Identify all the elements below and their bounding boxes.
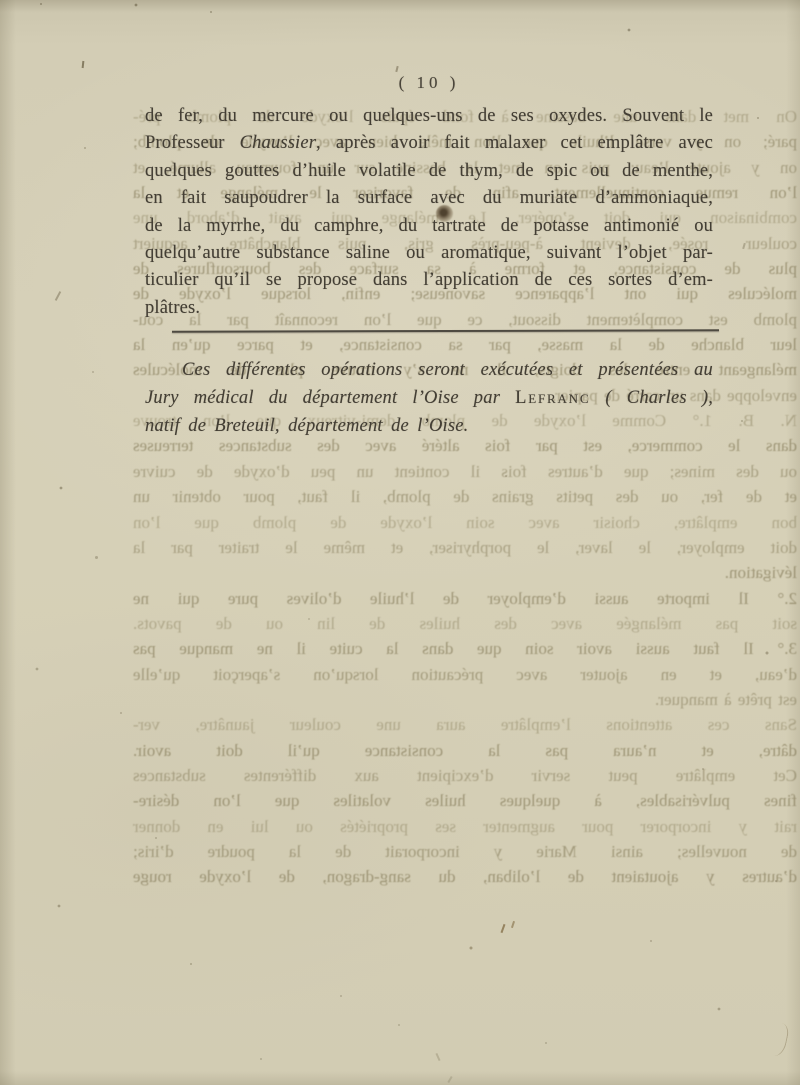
bleedthrough-line: est prête à manquer. bbox=[133, 687, 797, 712]
bleedthrough-line: de nouvelles; ainsi Marie y incorporait … bbox=[133, 839, 797, 864]
text-line: natif de Breteuil, département de l’Oise… bbox=[145, 413, 713, 441]
bleedthrough-line: soit pas mélangée avec des huiles de lin… bbox=[133, 611, 797, 636]
text-line: en fait saupoudrer la surface avec du mu… bbox=[145, 185, 713, 212]
bleedthrough-line: bon emplâtre, choisir avec soin l’oxyde … bbox=[133, 510, 797, 535]
scan-mark bbox=[447, 1076, 452, 1083]
scan-mark bbox=[55, 291, 61, 301]
scanned-book-page: On met dans une bassine à fond épais l’o… bbox=[0, 0, 800, 1085]
text-line: de fer, du mercure ou quelques-uns de se… bbox=[145, 103, 713, 130]
bleedthrough-line: d’eau, et en ajouter avec précaution lor… bbox=[133, 662, 797, 687]
text-line: de la myrrhe, du camphre, du tartrate de… bbox=[145, 213, 713, 240]
bleedthrough-line: d’autres y ajoutaient de l’oliban, du sa… bbox=[133, 864, 797, 889]
paper-specks bbox=[0, 0, 2, 2]
text-line: quelques gouttes d’huile volatile de thy… bbox=[145, 158, 713, 185]
bleedthrough-line: et de fer, ou des petits grains de plomb… bbox=[133, 484, 797, 509]
bleedthrough-line: leur blanche de la masse, par sa consist… bbox=[133, 332, 797, 357]
bleedthrough-line: fines pulvérisables, à quelques huiles v… bbox=[133, 788, 797, 813]
text-line: plâtres. bbox=[145, 295, 713, 322]
text-segment: Jury médical du département l’Oise par bbox=[145, 388, 500, 408]
bleedthrough-line: rait y incorporer pour augmenter ses pro… bbox=[133, 814, 797, 839]
text-line: Jury médical du département l’Oise par L… bbox=[145, 385, 713, 413]
page-number: ( 10 ) bbox=[145, 73, 713, 93]
scan-mark bbox=[395, 66, 398, 72]
text-segment: Professeur bbox=[145, 133, 225, 153]
text-line: Ces différentes opérations seront exécut… bbox=[145, 357, 713, 385]
scan-mark bbox=[761, 1020, 791, 1058]
bleedthrough-line: ou des mines; que d’autres fois il conti… bbox=[133, 459, 797, 484]
body-paragraph: de fer, du mercure ou quelques-uns de se… bbox=[145, 103, 713, 322]
text-line: ticulier qu’il se propose dans l’applica… bbox=[145, 267, 713, 294]
bleedthrough-line: dâtre, et n’aura pas la consistance qu’i… bbox=[133, 738, 797, 763]
bleedthrough-line: Cet emplâtre peut servir d’excipient aux… bbox=[133, 763, 797, 788]
bleedthrough-line: Sans ces attentions l’emplâtre aura une … bbox=[133, 712, 797, 737]
scan-mark bbox=[511, 921, 515, 928]
text-line: quelqu’autre substance saline ou aromati… bbox=[145, 240, 713, 267]
ink-blot bbox=[436, 205, 453, 222]
text-segment: , après avoir fait malaxer cet emplâtre … bbox=[316, 133, 713, 153]
scan-mark bbox=[435, 1053, 440, 1061]
text-line: Professeur Chaussier, après avoir fait m… bbox=[145, 130, 713, 157]
bleedthrough-line: lévigation. bbox=[133, 560, 797, 585]
text-segment: ( Charles ), bbox=[605, 388, 713, 408]
scan-mark bbox=[82, 61, 85, 68]
italic-name: Chaussier bbox=[240, 133, 316, 153]
candidate-name: Lefranc bbox=[515, 388, 590, 408]
bleedthrough-line: doit employer, le laver, le porphyriser,… bbox=[133, 535, 797, 560]
bleedthrough-line: 3.° Il faut aussi avoir soin que dans la… bbox=[133, 636, 797, 661]
bleedthrough-line: 2.° Il importe aussi d’employer de l’hui… bbox=[133, 586, 797, 611]
scan-mark bbox=[95, 556, 98, 559]
closing-paragraph: Ces différentes opérations seront exécut… bbox=[145, 357, 713, 440]
scan-mark bbox=[501, 924, 506, 933]
